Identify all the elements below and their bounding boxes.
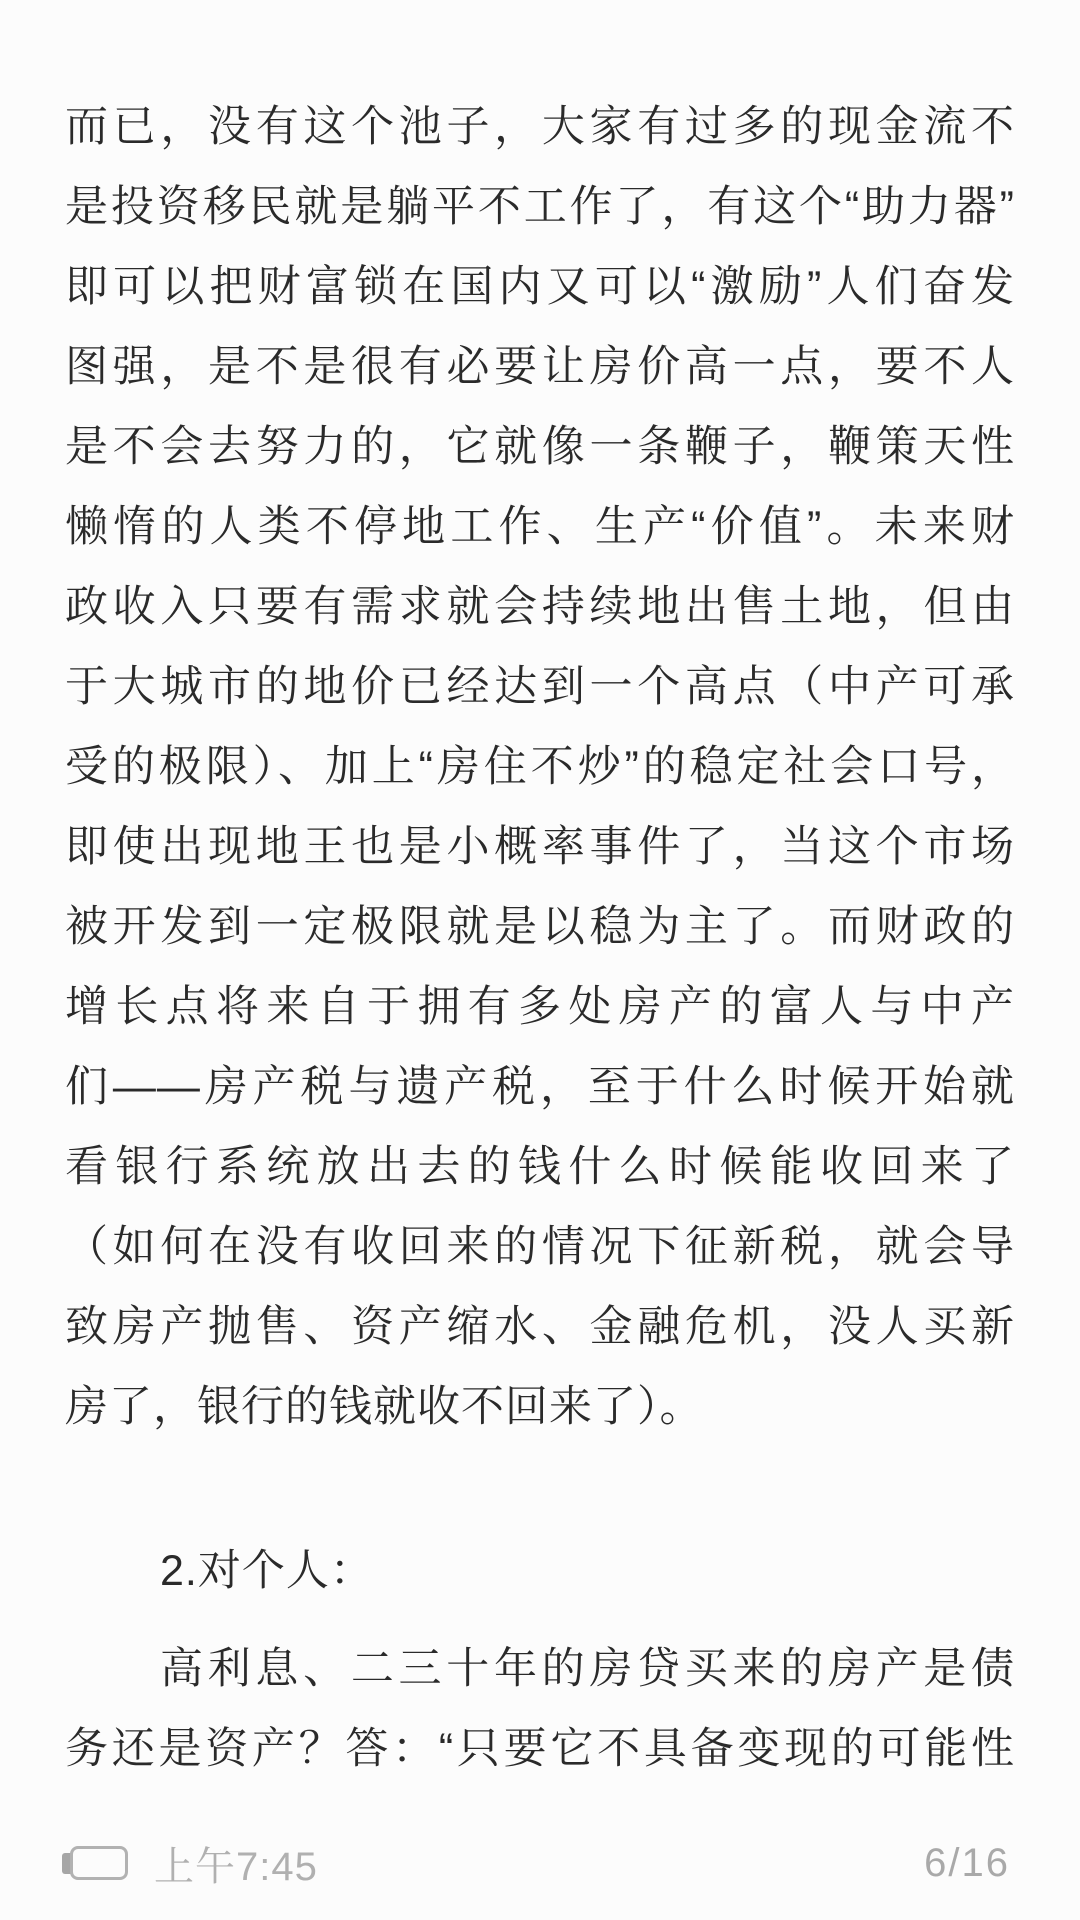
paragraph: 高利息、二三十年的房贷买来的房产是债 务还是资产？答：“只要它不具备变现的可能性 (65, 1629, 1015, 1789)
text-line: （如何在没有收回来的情况下征新税，就会导 (65, 1207, 1015, 1287)
section-heading: 2.对个人： (65, 1531, 1015, 1611)
page-indicator: 6/16 (924, 1841, 1010, 1886)
text-line: 被开发到一定极限就是以稳为主了。而财政的 (65, 887, 1015, 967)
text-line: 看银行系统放出去的钱什么时候能收回来了 (65, 1127, 1015, 1207)
text-line: 们——房产税与遗产税，至于什么时候开始就 (65, 1047, 1015, 1127)
battery-icon (62, 1846, 128, 1880)
text-line: 受的极限）、加上“房住不炒”的稳定社会口号， (65, 727, 1015, 807)
status-bar: 上午7:45 6/16 (62, 1838, 1010, 1888)
text-line: 图强，是不是很有必要让房价高一点，要不人 (65, 327, 1015, 407)
reader-page[interactable]: 而已，没有这个池子，大家有过多的现金流不 是投资移民就是躺平不工作了，有这个“助… (0, 0, 1080, 1920)
status-time: 上午7:45 (154, 1835, 318, 1892)
text-line: 增长点将来自于拥有多处房产的富人与中产 (65, 967, 1015, 1047)
status-left-group: 上午7:45 (62, 1835, 318, 1892)
text-line: 是投资移民就是躺平不工作了，有这个“助力器” (65, 167, 1015, 247)
text-line: 房了，银行的钱就收不回来了）。 (65, 1367, 1015, 1447)
text-line: 懒惰的人类不停地工作、生产“价值”。未来财 (65, 487, 1015, 567)
text-line: 即可以把财富锁在国内又可以“激励”人们奋发 (65, 247, 1015, 327)
page-text: 而已，没有这个池子，大家有过多的现金流不 是投资移民就是躺平不工作了，有这个“助… (65, 87, 1015, 1789)
text-line: 于大城市的地价已经达到一个高点（中产可承 (65, 647, 1015, 727)
text-line: 高利息、二三十年的房贷买来的房产是债 (65, 1629, 1015, 1709)
battery-body (70, 1846, 128, 1880)
text-line: 是不会去努力的，它就像一条鞭子，鞭策天性 (65, 407, 1015, 487)
text-line: 即使出现地王也是小概率事件了，当这个市场 (65, 807, 1015, 887)
text-line: 致房产抛售、资产缩水、金融危机，没人买新 (65, 1287, 1015, 1367)
text-line: 政收入只要有需求就会持续地出售土地，但由 (65, 567, 1015, 647)
text-line: 务还是资产？答：“只要它不具备变现的可能性 (65, 1709, 1015, 1789)
text-line: 而已，没有这个池子，大家有过多的现金流不 (65, 87, 1015, 167)
